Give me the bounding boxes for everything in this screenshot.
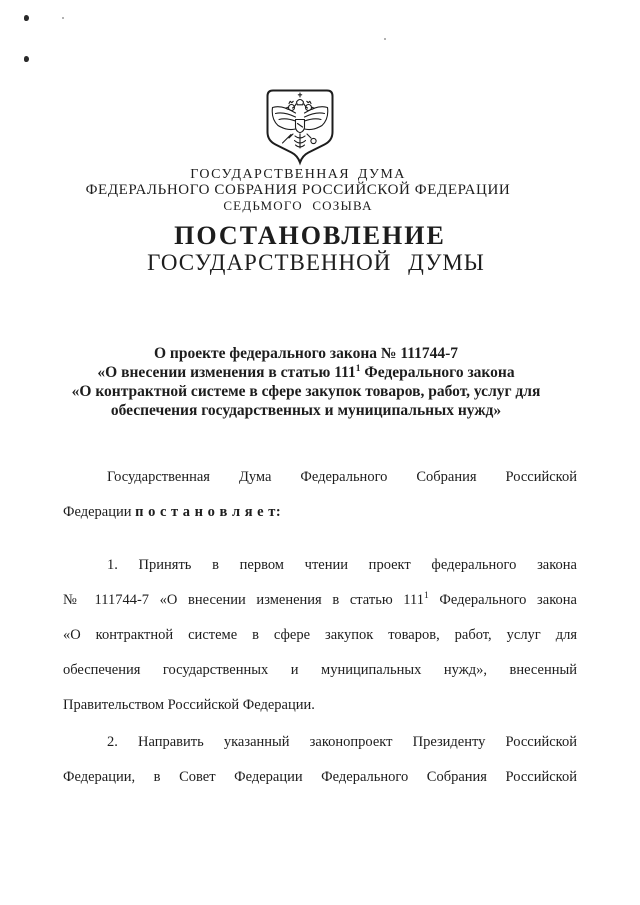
org-convocation-line: СЕДЬМОГО СОЗЫВА: [0, 198, 618, 214]
paragraph-gap: [63, 530, 577, 548]
title-line: «О контрактной системе в сфере закупок т…: [49, 382, 563, 401]
scan-speck: [24, 15, 29, 21]
scan-speck: [384, 38, 386, 40]
doc-type-title: ПОСТАНОВЛЕНИЕ: [0, 221, 630, 251]
org-name-line2: ФЕДЕРАЛЬНОГО СОБРАНИЯ РОССИЙСКОЙ ФЕДЕРАЦ…: [0, 182, 618, 199]
text-line: Государственная Дума Федерального Собран…: [63, 460, 577, 495]
text-line: обеспечения государственных и муниципаль…: [63, 653, 577, 688]
text-line: № 111744-7 «О внесении изменения в стать…: [63, 583, 577, 618]
scan-speck: [62, 17, 64, 19]
text-line: 1. Принять в первом чтении проект федера…: [63, 548, 577, 583]
text-line: Федерации п о с т а н о в л я е т:: [63, 495, 577, 530]
title-line: О проекте федерального закона № 111744-7: [49, 344, 563, 363]
text-line: Правительством Российской Федерации.: [63, 688, 577, 723]
doc-type-subtitle: ГОСУДАРСТВЕННОЙ ДУМЫ: [0, 250, 636, 276]
coat-of-arms-russia-icon: [262, 88, 338, 168]
paragraph-item1: 1. Принять в первом чтении проект федера…: [63, 548, 577, 723]
text-line: «О контрактной системе в сфере закупок т…: [63, 618, 577, 653]
scanned-document-page: ГОСУДАРСТВЕННАЯ ДУМА ФЕДЕРАЛЬНОГО СОБРАН…: [0, 0, 640, 905]
document-title: О проекте федерального закона № 111744-7…: [49, 344, 563, 420]
paragraph-item2: 2. Направить указанный законопроект През…: [63, 725, 577, 795]
paragraph-intro: Государственная Дума Федерального Собран…: [63, 460, 577, 530]
org-name-line1: ГОСУДАРСТВЕННАЯ ДУМА: [0, 167, 618, 183]
document-body: Государственная Дума Федерального Собран…: [63, 460, 577, 795]
resolves-emphasis: п о с т а н о в л я е т:: [135, 504, 281, 520]
text-line: 2. Направить указанный законопроект През…: [63, 725, 577, 760]
scan-speck: [24, 56, 29, 62]
text-line: Федерации, в Совет Федерации Федеральног…: [63, 760, 577, 795]
title-line: «О внесении изменения в статью 1111 Феде…: [49, 363, 563, 382]
title-line: обеспечения государственных и муниципаль…: [49, 401, 563, 420]
